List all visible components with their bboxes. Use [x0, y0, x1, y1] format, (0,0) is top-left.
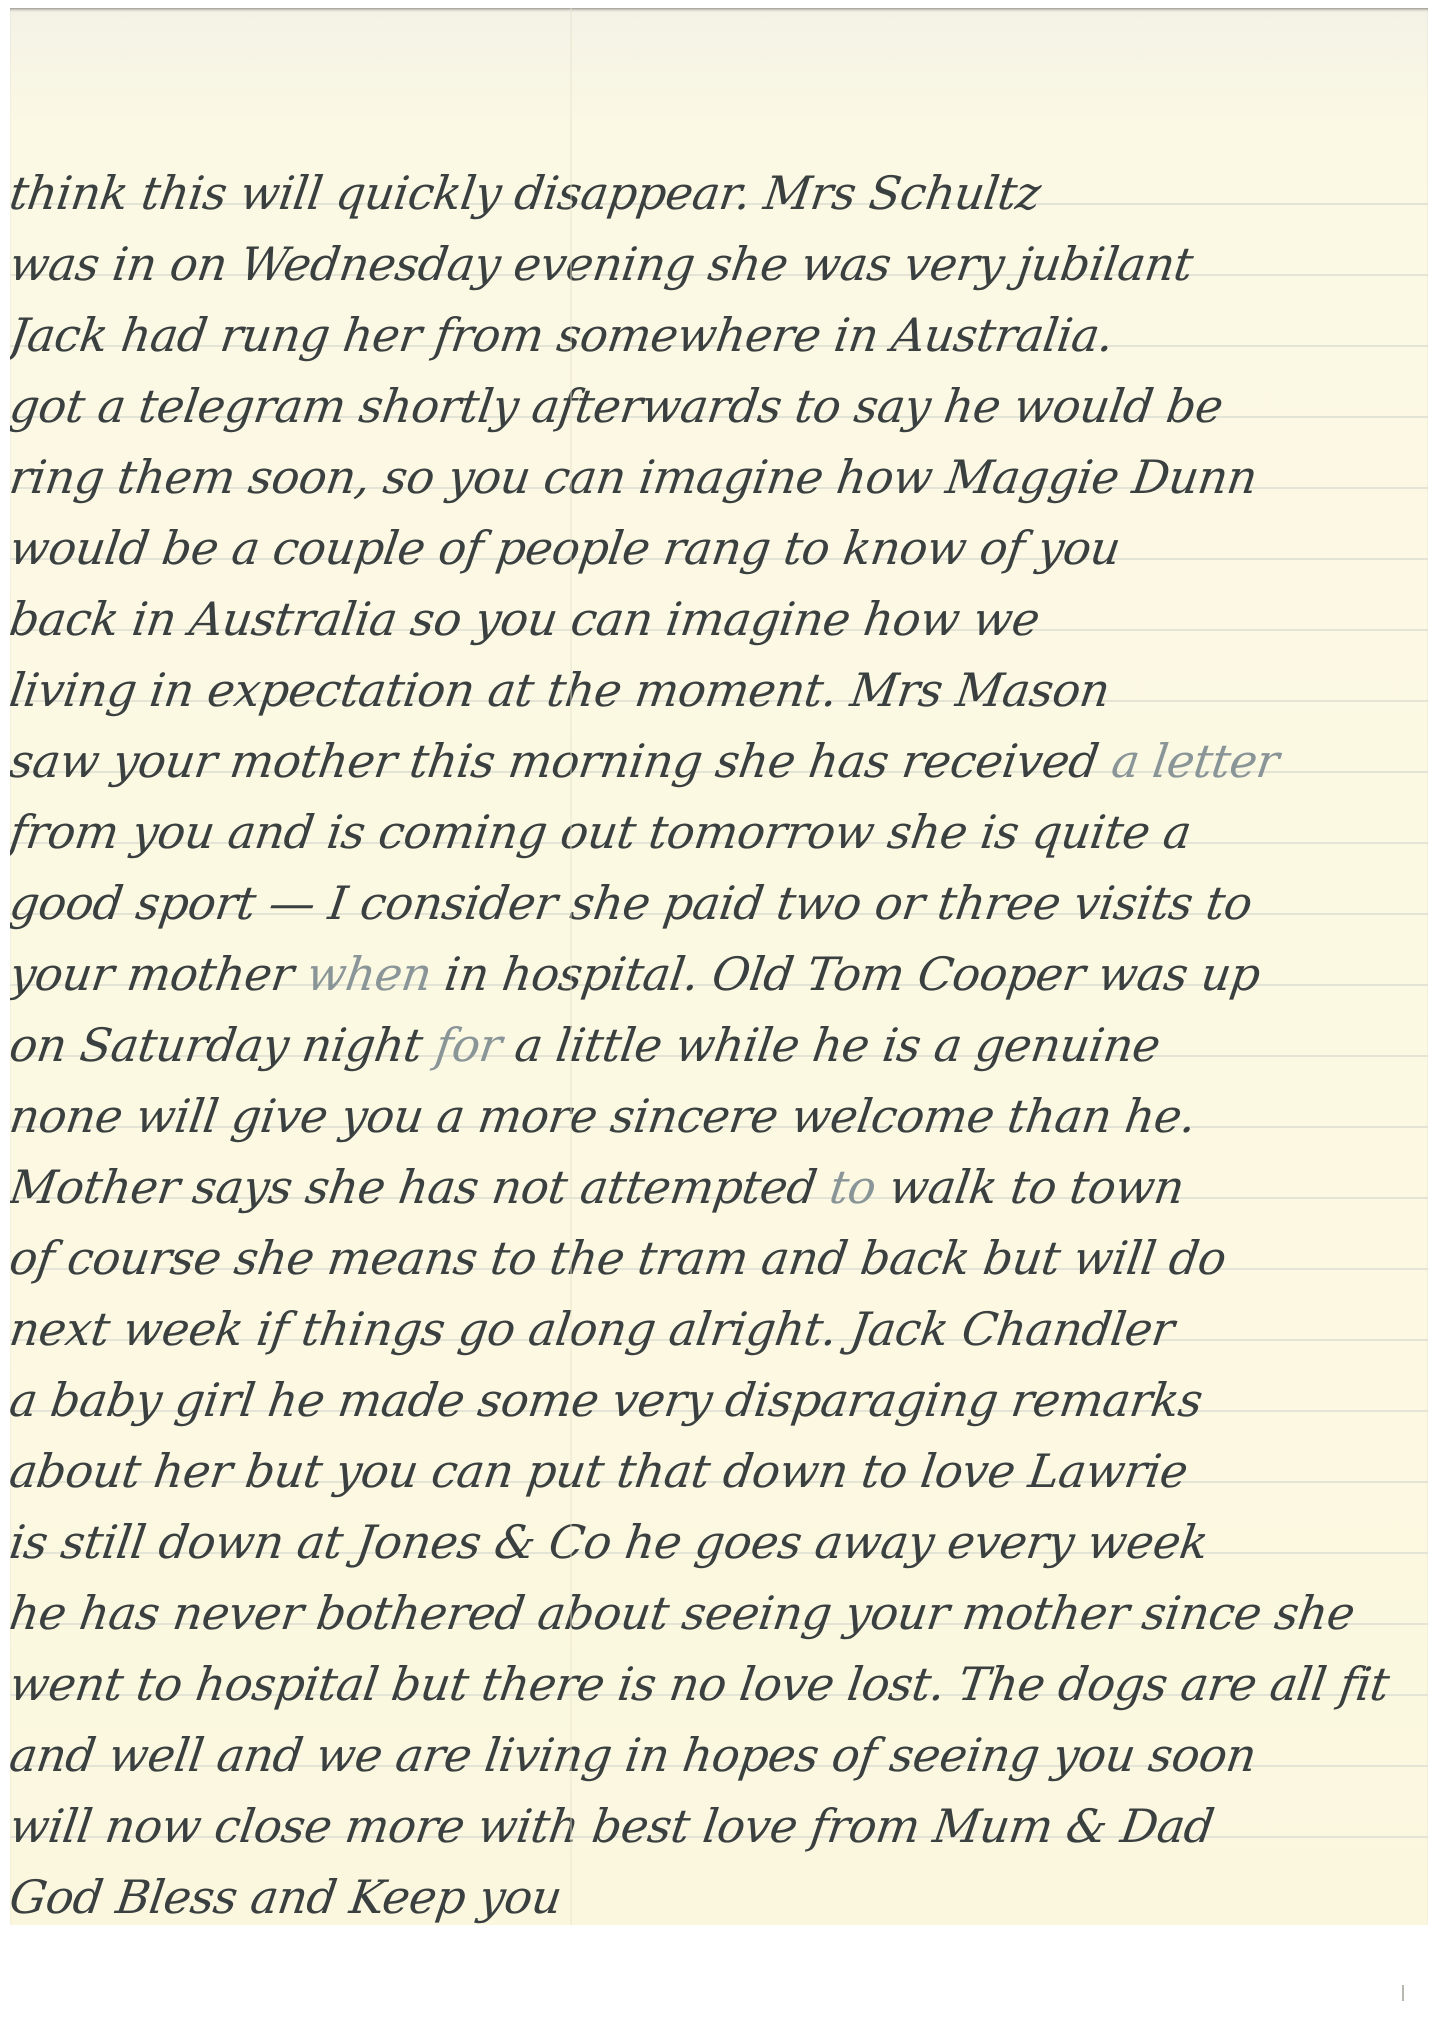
faded-ink-text: to [812, 1160, 879, 1214]
letter-line: on Saturday night for a little while he … [10, 1010, 1428, 1081]
letter-line: of course she means to the tram and back… [10, 1223, 1428, 1294]
faded-ink-text: when [289, 947, 435, 1001]
letter-line: from you and is coming out tomorrow she … [10, 797, 1428, 868]
letter-line: living in expectation at the moment. Mrs… [10, 655, 1428, 726]
letter-line: good sport — I consider she paid two or … [10, 868, 1428, 939]
letter-line: next week if things go along alright. Ja… [10, 1294, 1428, 1365]
letter-line: went to hospital but there is no love lo… [10, 1649, 1428, 1720]
letter-line: will now close more with best love from … [10, 1791, 1428, 1862]
letter-line: saw your mother this morning she has rec… [10, 726, 1428, 797]
faded-ink-text: a letter [1094, 734, 1282, 788]
letter-line: and well and we are living in hopes of s… [10, 1720, 1428, 1791]
letter-line: none will give you a more sincere welcom… [10, 1081, 1428, 1152]
letter-line: he has never bothered about seeing your … [10, 1578, 1428, 1649]
letter-closing: God Bless and Keep you [10, 1862, 1428, 1925]
letter-line: Mother says she has not attempted to wal… [10, 1152, 1428, 1223]
letter-line: back in Australia so you can imagine how… [10, 584, 1428, 655]
scan-edge-mark [1402, 1985, 1404, 2001]
letter-line: was in on Wednesday evening she was very… [10, 229, 1428, 300]
letter-line: Jack had rung her from somewhere in Aust… [10, 300, 1428, 371]
letter-line: ring them soon, so you can imagine how M… [10, 442, 1428, 513]
letter-body: think this will quickly disappear. Mrs S… [10, 158, 1428, 1925]
letter-page: think this will quickly disappear. Mrs S… [10, 8, 1428, 1925]
letter-line: a baby girl he made some very disparagin… [10, 1365, 1428, 1436]
letter-line: think this will quickly disappear. Mrs S… [10, 158, 1428, 229]
letter-line: would be a couple of people rang to know… [10, 513, 1428, 584]
letter-line: got a telegram shortly afterwards to say… [10, 371, 1428, 442]
letter-line: is still down at Jones & Co he goes away… [10, 1507, 1428, 1578]
faded-ink-text: for [418, 1018, 505, 1072]
letter-line: about her but you can put that down to l… [10, 1436, 1428, 1507]
letter-line: your mother when in hospital. Old Tom Co… [10, 939, 1428, 1010]
